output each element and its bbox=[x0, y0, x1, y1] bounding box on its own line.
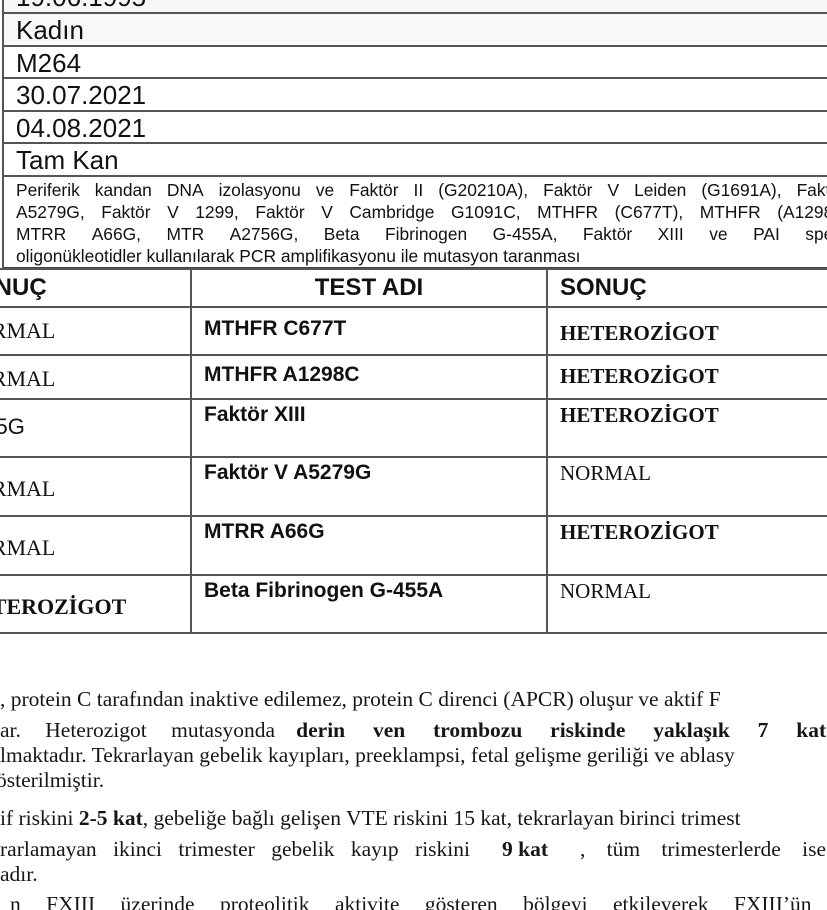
explanation-line: österilmiştir. bbox=[0, 768, 104, 793]
test-name: MTHFR A1298C bbox=[191, 355, 547, 399]
test-result: NORMAL bbox=[547, 457, 827, 516]
table-row: NORMAL MTRR A66G HETEROZİGOT bbox=[0, 516, 827, 575]
test-name: Faktör V A5279G bbox=[191, 457, 547, 516]
explanation-line: lmaktadır. Tekrarlayan gebelik kayıpları… bbox=[0, 743, 735, 768]
test-name: Faktör XIII bbox=[191, 399, 547, 457]
test-name: Beta Fibrinogen G-455A bbox=[191, 575, 547, 633]
table-row: 5G/5G Faktör XIII HETEROZİGOT bbox=[0, 399, 827, 457]
left-result: NORMAL bbox=[0, 516, 191, 575]
table-row: NORMAL MTHFR A1298C HETEROZİGOT bbox=[0, 355, 827, 399]
test-result: NORMAL bbox=[547, 575, 827, 633]
table-row: HETEROZİGOT Beta Fibrinogen G-455A NORMA… bbox=[0, 575, 827, 633]
explanation-line: adır. bbox=[0, 862, 38, 887]
left-result: NORMAL bbox=[0, 307, 191, 355]
explanation-line: ar.Heterozigotmutasyonda derinventromboz… bbox=[0, 718, 827, 743]
header-result-left: SONUÇ bbox=[0, 269, 191, 307]
report-date-value: 04.08.2021 bbox=[4, 112, 827, 145]
test-name: MTRR A66G bbox=[191, 516, 547, 575]
sample-code-value: M264 bbox=[4, 47, 827, 80]
method-line: A5279G,FaktörV1299,FaktörVCambridgeG1091… bbox=[16, 201, 827, 223]
explanation-line: nFXIIIüzerindeproteolitikaktivitegöstere… bbox=[10, 892, 827, 910]
explanation-line: , protein C tarafından inaktive edilemez… bbox=[0, 687, 721, 712]
left-result: 5G/5G bbox=[0, 399, 191, 457]
sample-type-value: Tam Kan bbox=[4, 144, 827, 177]
test-result: HETEROZİGOT bbox=[547, 399, 827, 457]
results-table: SONUÇ TEST ADI SONUÇ NORMAL MTHFR C677T … bbox=[0, 268, 827, 634]
left-result: HETEROZİGOT bbox=[0, 575, 191, 633]
explanation-line: rarlamayanikincitrimestergebelikkayıpris… bbox=[0, 837, 827, 862]
method-line: oligonükleotidler kullanılarak PCR ampli… bbox=[16, 245, 827, 267]
table-row: NORMAL Faktör V A5279G NORMAL bbox=[0, 457, 827, 516]
table-row: NORMAL MTHFR C677T HETEROZİGOT bbox=[0, 307, 827, 355]
left-result: NORMAL bbox=[0, 355, 191, 399]
patient-info-table: 19.06.1995 Kadın M264 30.07.2021 04.08.2… bbox=[2, 0, 827, 269]
test-result: HETEROZİGOT bbox=[547, 516, 827, 575]
explanation-line: if riskini 2-5 kat, gebeliğe bağlı geliş… bbox=[0, 806, 741, 831]
method-description: PeriferikkandanDNAizolasyonuveFaktörII(G… bbox=[4, 177, 827, 269]
header-result-right: SONUÇ bbox=[547, 269, 827, 307]
birth-date-value: 19.06.1995 bbox=[4, 0, 827, 14]
left-result: NORMAL bbox=[0, 457, 191, 516]
header-test-name: TEST ADI bbox=[191, 269, 547, 307]
sample-date-value: 30.07.2021 bbox=[4, 79, 827, 112]
method-line: PeriferikkandanDNAizolasyonuveFaktörII(G… bbox=[16, 179, 827, 201]
test-name: MTHFR C677T bbox=[191, 307, 547, 355]
gender-value: Kadın bbox=[4, 14, 827, 47]
results-header-row: SONUÇ TEST ADI SONUÇ bbox=[0, 269, 827, 307]
test-result: HETEROZİGOT bbox=[547, 307, 827, 355]
test-result: HETEROZİGOT bbox=[547, 355, 827, 399]
method-line: MTRRA66G,MTRA2756G,BetaFibrinogenG-455A,… bbox=[16, 223, 827, 245]
